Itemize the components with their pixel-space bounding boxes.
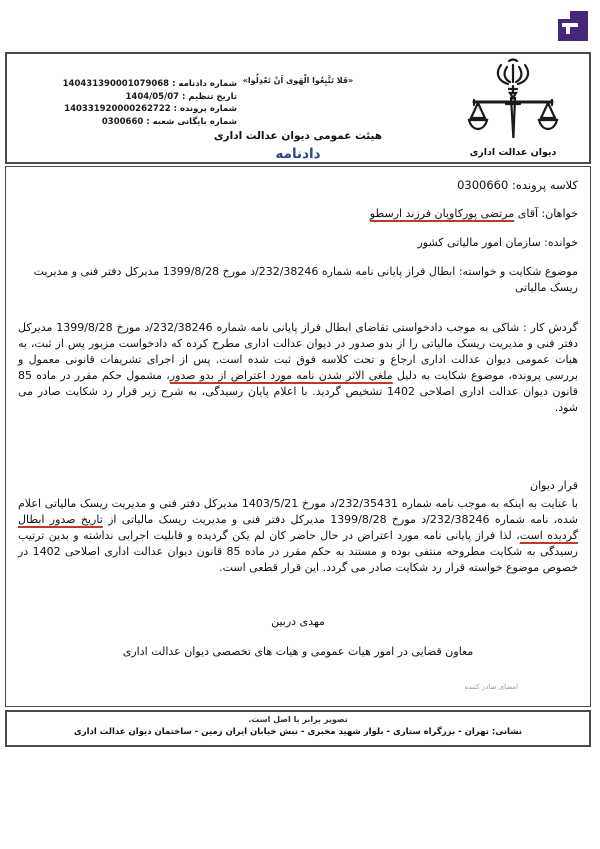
case-file-value: 0300660 <box>457 178 508 192</box>
verdict-content: کلاسه پرونده: 0300660 خواهان: آقای مرتضی… <box>6 167 590 706</box>
header-center-column: «فَلا تَتَّبِعُوا الْهَوی اَنْ تَعْدِلُو… <box>175 54 421 162</box>
signatory-name: مهدی دربین <box>18 614 578 630</box>
signature-block: مهدی دربین معاون قضایی در امور هیات عموم… <box>18 614 578 660</box>
issuing-body-title: هیئت عمومی دیوان عدالت اداری <box>175 130 421 142</box>
logo-shape <box>566 27 570 34</box>
case-file-line: کلاسه پرونده: 0300660 <box>18 177 578 193</box>
justice-scales-icon <box>467 58 559 146</box>
footer-box: تصویر برابر با اصل است. نشانی: تهران - ب… <box>5 710 591 747</box>
complaint-subject-line: موضوع شکایت و خواسته: ابطال فراز پایانی … <box>18 264 578 296</box>
case-number-value: 140331920000262722 <box>64 104 170 114</box>
verdict-body-box: کلاسه پرونده: 0300660 خواهان: آقای مرتضی… <box>5 166 591 707</box>
signatory-role: معاون قضایی در امور هیات عمومی و هیات ها… <box>18 644 578 660</box>
case-file-label: کلاسه پرونده: <box>512 178 578 192</box>
certified-copy-note: تصویر برابر با اصل است. <box>7 714 589 726</box>
verdict-number-value: 140431390001079068 <box>63 79 169 89</box>
purple-logo-mark-icon <box>558 11 588 41</box>
court-verdict-page: شماره دادنامه : 140431390001079068 تاریخ… <box>0 0 600 849</box>
plaintiff-label: خواهان: <box>542 207 578 220</box>
subject-label: موضوع شکایت و خواسته: <box>459 265 578 278</box>
process-label: گردش کار : <box>519 321 578 334</box>
ruling-text-2: ، لذا فراز پایانی نامه مورد اعتراض در حا… <box>18 529 578 574</box>
archive-number-value: 0300660 <box>102 117 143 127</box>
ruling-text-1: با عنایت به اینکه به موجب نامه شماره 232… <box>18 497 578 526</box>
case-process-paragraph: گردش کار : شاکی به موجب دادخواستی تقاضای… <box>18 320 578 416</box>
process-underlined-phrase: ملغی الاثر شدن نامه مورد اعتراض از بدو ص… <box>170 369 393 382</box>
issuer-signature-note: امضای صادر کننده <box>465 683 518 691</box>
court-address: نشانی: تهران - بزرگراه ستاری - بلوار شهی… <box>7 726 589 739</box>
logo-shape <box>562 23 578 27</box>
ruling-paragraph: با عنایت به اینکه به موجب نامه شماره 232… <box>18 496 578 576</box>
plaintiff-line: خواهان: آقای مرتضی پورکاویان فرزند ارسطو <box>18 206 578 222</box>
plaintiff-name: مرتضی پورکاویان فرزند ارسطو <box>370 207 514 220</box>
defendant-value: سازمان امور مالیاتی کشور <box>417 236 544 249</box>
logo-shape <box>558 11 570 19</box>
defendant-line: خوانده: سازمان امور مالیاتی کشور <box>18 235 578 251</box>
quran-verse: «فَلا تَتَّبِعُوا الْهَوی اَنْ تَعْدِلُو… <box>175 76 421 85</box>
defendant-label: خوانده: <box>544 236 578 249</box>
emblem-caption: دیوان عدالت اداری <box>461 147 565 158</box>
footer-content: تصویر برابر با اصل است. نشانی: تهران - ب… <box>7 714 589 739</box>
court-emblem-column: دیوان عدالت اداری <box>461 58 565 158</box>
letterhead-box: شماره دادنامه : 140431390001079068 تاریخ… <box>5 52 591 164</box>
ruling-section-title: قرار دیوان <box>18 478 578 494</box>
issue-date-value: 1404/05/07 <box>126 92 180 102</box>
plaintiff-prefix: آقای <box>514 207 541 220</box>
document-type-title: دادنامه <box>175 146 421 162</box>
